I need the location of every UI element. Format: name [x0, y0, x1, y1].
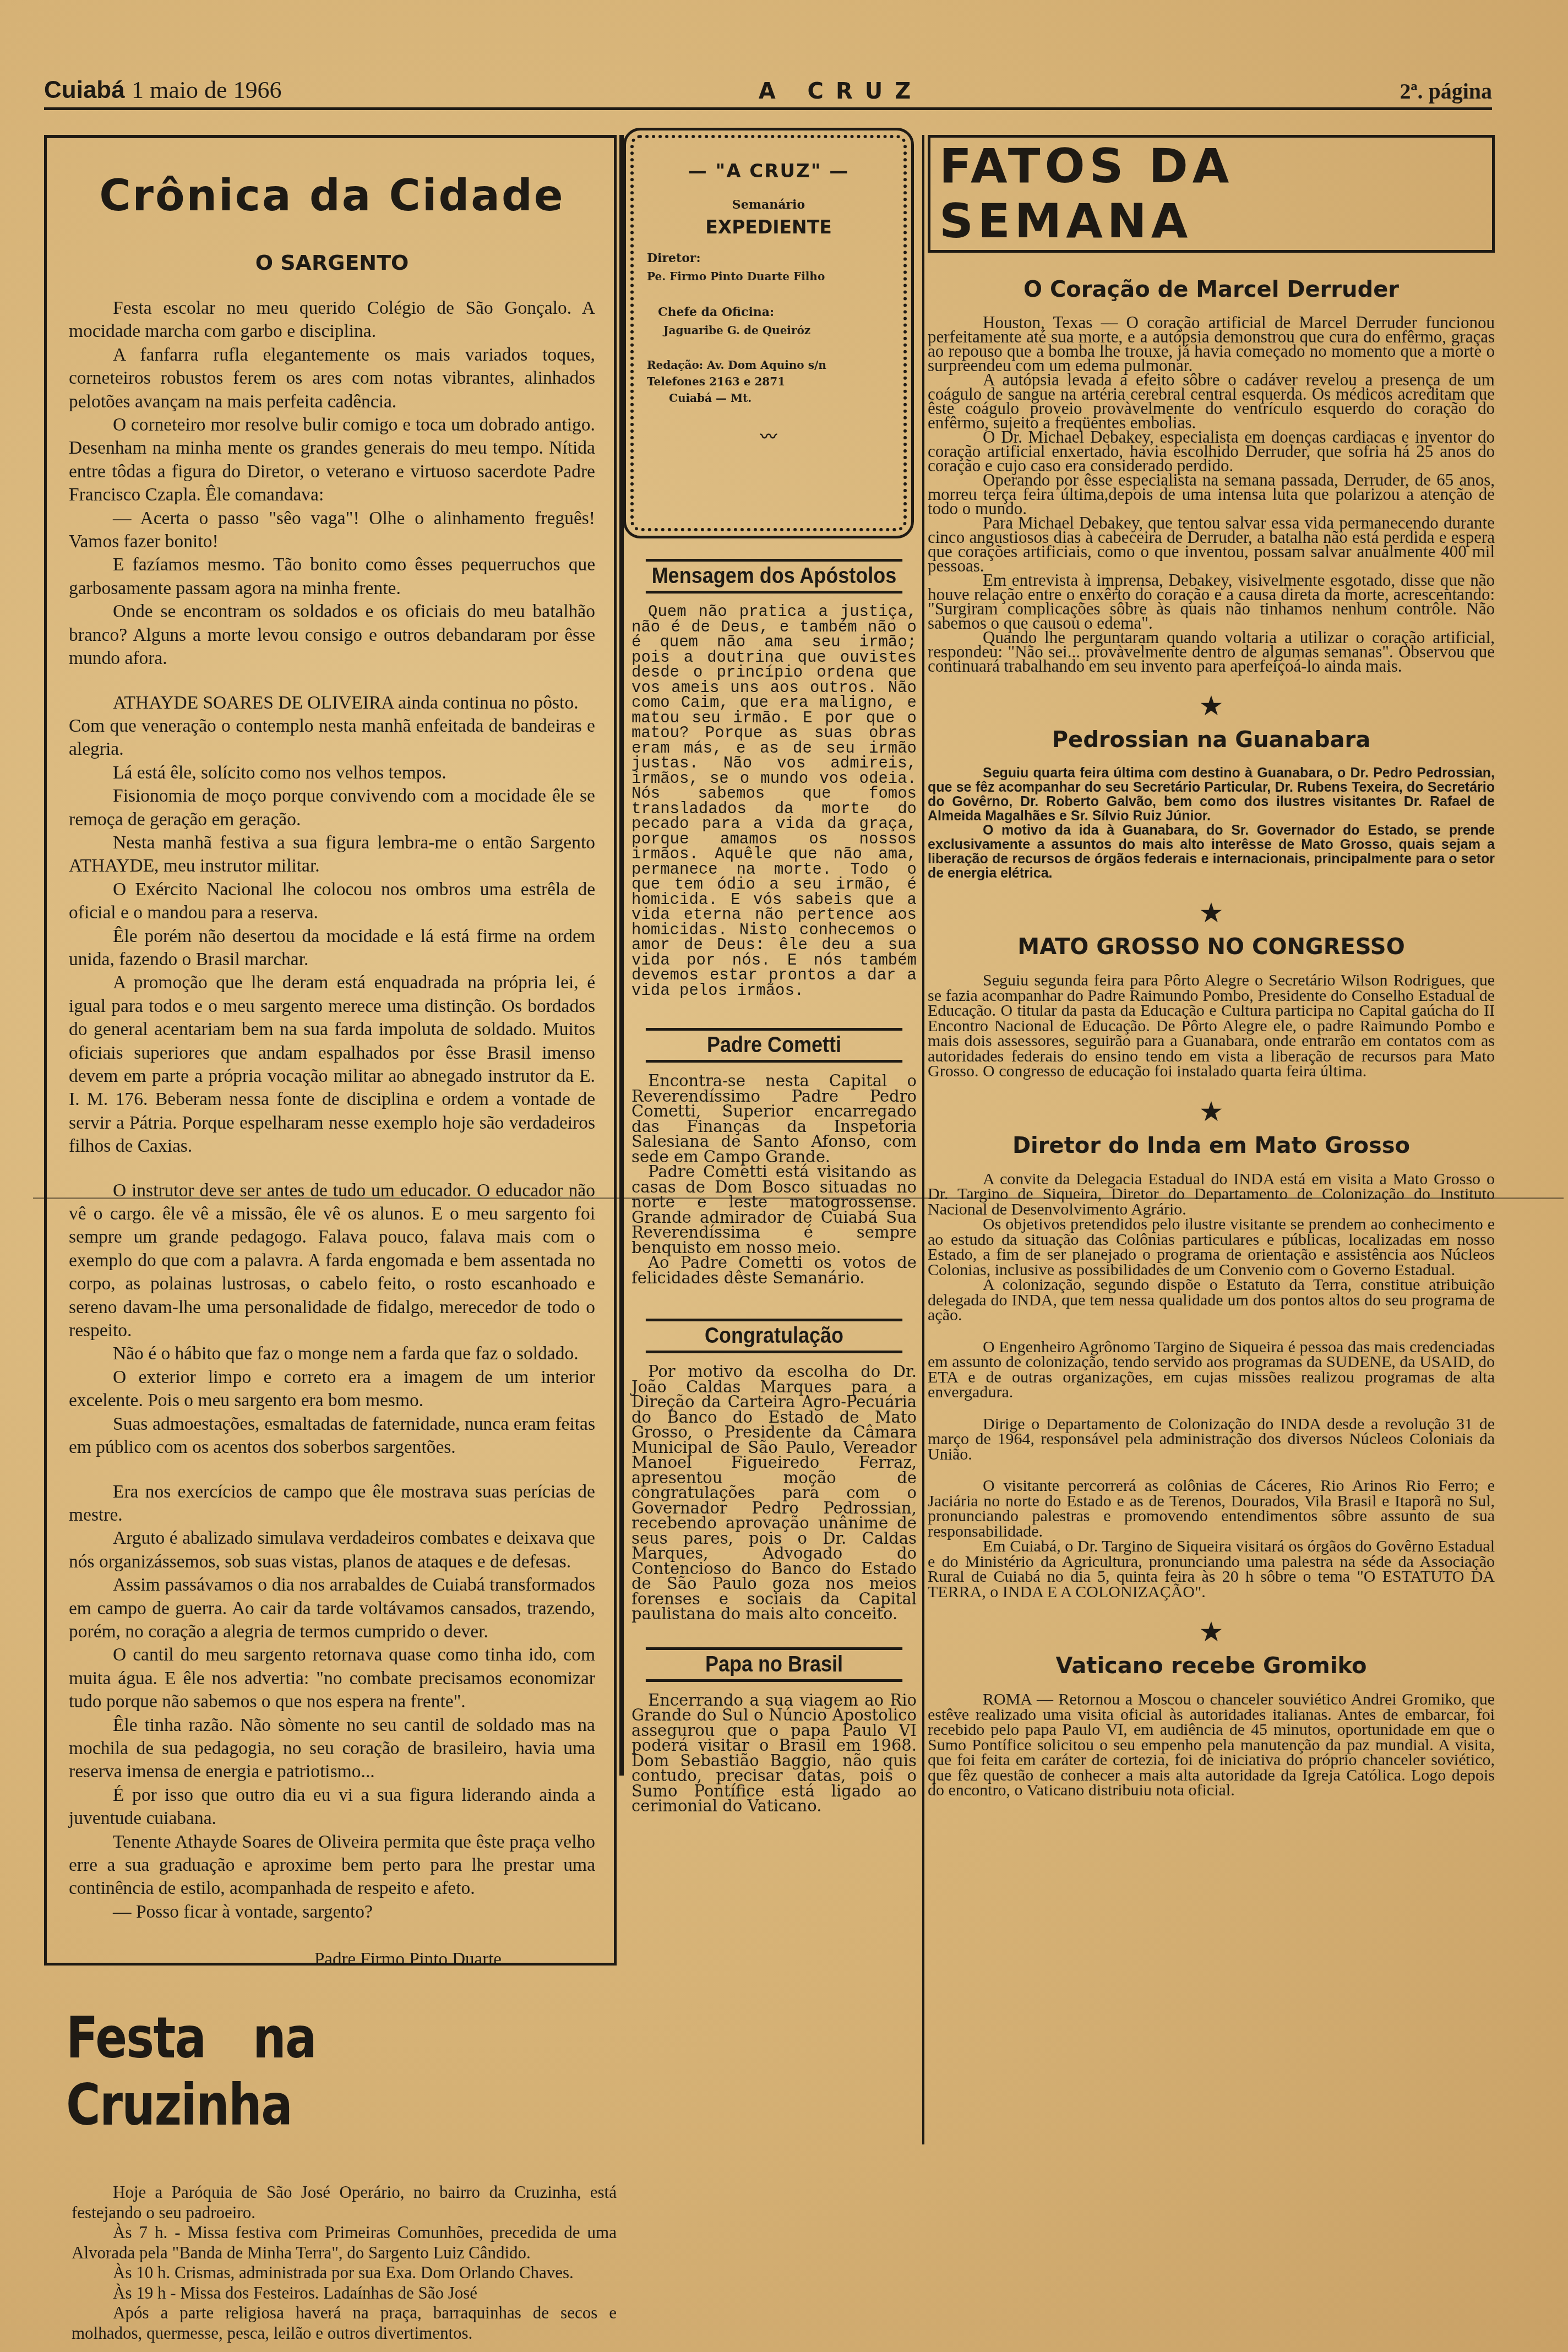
paragraph: A convite da Delegacia Estadual do INDA …	[928, 1172, 1495, 1217]
mensagem-body: Quem não pratica a justiça, não é de Deu…	[619, 605, 917, 998]
expediente-subtitle: Semanário	[647, 198, 890, 212]
paragraph: — Posso ficar à vontade, sargento?	[69, 1901, 595, 1924]
paragraph: Assim passávamos o dia nos arrabaldes de…	[69, 1574, 595, 1643]
article-headline: Congratulação	[646, 1319, 902, 1353]
article-headline: O SARGENTO	[69, 251, 595, 275]
author-signature: Padre Firmo Pinto Duarte	[69, 1948, 595, 1971]
paragraph: Não é o hábito que faz o monge nem a far…	[69, 1342, 595, 1365]
paragraph: Arguto é abalizado simulava verdadeiros …	[69, 1527, 595, 1574]
article-headline: Festa na Cruzinha	[66, 2004, 518, 2138]
dateline: Cuiabá 1 maio de 1966	[44, 76, 281, 104]
paragraph: O exterior limpo e correto era a imagem …	[69, 1366, 595, 1413]
festa-article: Festa na Cruzinha Hoje a Paróquia de São…	[44, 2004, 617, 2343]
paragraph: O cantil do meu sargento retornava quase…	[69, 1643, 595, 1713]
left-column: Crônica da Cidade O SARGENTO Festa escol…	[44, 135, 617, 2343]
paragraph: Êle tinha razão. Não sòmente no seu cant…	[69, 1714, 595, 1784]
article-body: Festa escolar no meu querido Colégio de …	[69, 297, 595, 1972]
news-article: Vaticano recebe Gromiko ROMA — Retornou …	[928, 1653, 1495, 1798]
paragraph: Encontra-se nesta Capital o Reverendíssi…	[631, 1074, 917, 1164]
paragraph: Às 19 h - Missa dos Festeiros. Ladaínhas…	[72, 2283, 617, 2304]
paragraph: O Dr. Michael Debakey, especialista em d…	[928, 430, 1495, 473]
paragraph: Hoje a Paróquia de São José Operário, no…	[72, 2182, 617, 2223]
paragraph: E fazíamos mesmo. Tão bonito como êsses …	[69, 553, 595, 600]
page-number: 2ª. página	[1400, 78, 1492, 104]
paper-fold	[33, 1197, 1564, 1199]
paragraph: Seguiu quarta feira última com destino à…	[928, 766, 1495, 823]
paragraph: — Acerta o passo "sêo vaga"! Olhe o alin…	[69, 507, 595, 554]
papa-body: Encerrando a sua viagem ao Rio Grande do…	[619, 1693, 917, 1814]
expediente-title: — "A CRUZ" —	[647, 160, 890, 182]
right-column: FATOS DA SEMANA O Coração de Marcel Derr…	[928, 135, 1495, 1798]
news-article: MATO GROSSO NO CONGRESSO Seguiu segunda …	[928, 934, 1495, 1079]
paragraph: Para Michael Debakey, que tentou salvar …	[928, 516, 1495, 573]
article-body: A convite da Delegacia Estadual do INDA …	[928, 1172, 1495, 1600]
paragraph: Nesta manhã festiva a sua figura lembra-…	[69, 831, 595, 878]
article-headline: Diretor do Inda em Mato Grosso	[928, 1133, 1495, 1158]
article-headline: Mensagem dos Apóstolos	[646, 559, 902, 594]
expediente-box: — "A CRUZ" — Semanário EXPEDIENTE Direto…	[630, 135, 907, 531]
article-body: Hoje a Paróquia de São José Operário, no…	[72, 2182, 617, 2343]
star-icon: ★	[928, 897, 1495, 929]
paragraph: ROMA — Retornou a Moscou o chanceler sou…	[928, 1692, 1495, 1798]
congratulacao-body: Por motivo da escolha do Dr. João Caldas…	[619, 1364, 917, 1622]
dateline-date: 1 maio de 1966	[132, 77, 282, 104]
paragraph: Por motivo da escolha do Dr. João Caldas…	[631, 1364, 917, 1622]
paragraph: Operando por êsse especialista na semana…	[928, 473, 1495, 516]
paragraph: O motivo da ida à Guanabara, do Sr. Gove…	[928, 823, 1495, 880]
paragraph: A fanfarra rufla elegantemente os mais v…	[69, 344, 595, 413]
star-icon: ★	[928, 1616, 1495, 1648]
paragraph: Às 10 h. Crismas, administrada por sua E…	[72, 2263, 617, 2283]
news-article: Diretor do Inda em Mato Grosso A convite…	[928, 1133, 1495, 1600]
middle-column: — "A CRUZ" — Semanário EXPEDIENTE Direto…	[619, 135, 917, 1814]
article-headline: MATO GROSSO NO CONGRESSO	[928, 934, 1495, 960]
section-banner: FATOS DA SEMANA	[928, 135, 1495, 253]
article-headline: O Coração de Marcel Derruder	[928, 277, 1495, 302]
paragraph: Às 7 h. - Missa festiva com Primeiras Co…	[72, 2223, 617, 2263]
paragraph: Encerrando a sua viagem ao Rio Grande do…	[631, 1693, 917, 1814]
paragraph: A colonização, segundo dispõe o Estatuto…	[928, 1277, 1495, 1323]
expediente-heading: EXPEDIENTE	[647, 216, 890, 238]
paragraph: ATHAYDE SOARES DE OLIVEIRA ainda continu…	[69, 692, 595, 715]
article-body: Seguiu segunda feira para Pôrto Alegre o…	[928, 973, 1495, 1079]
article-body: Houston, Texas — O coração artificial de…	[928, 315, 1495, 673]
workshop-name: Jaguaribe G. de Queiróz	[647, 324, 890, 337]
paragraph: O visitante percorrerá as colônias de Cá…	[928, 1478, 1495, 1539]
paragraph: A autópsia levada a efeito sôbre o cadáv…	[928, 373, 1495, 430]
news-article: O Coração de Marcel Derruder Houston, Te…	[928, 277, 1495, 673]
paragraph: Seguiu segunda feira para Pôrto Alegre o…	[928, 973, 1495, 1079]
cometti-body: Encontra-se nesta Capital o Reverendíssi…	[619, 1074, 917, 1286]
paragraph: Em Cuiabá, o Dr. Targino de Siqueira vis…	[928, 1539, 1495, 1599]
paragraph: Após a parte religiosa haverá na praça, …	[72, 2303, 617, 2343]
director-name: Pe. Firmo Pinto Duarte Filho	[647, 270, 890, 283]
paragraph: Onde se encontram os soldados e os ofici…	[69, 600, 595, 670]
article-headline: Papa no Brasil	[646, 1647, 902, 1682]
article-headline: Pedrossian na Guanabara	[928, 727, 1495, 753]
paragraph: O Engenheiro Agrônomo Targino de Siqueir…	[928, 1340, 1495, 1400]
paragraph: Suas admoestações, esmaltadas de faterni…	[69, 1413, 595, 1460]
paragraph: Quando lhe perguntaram quando voltaria a…	[928, 630, 1495, 673]
paragraph: Êle porém não desertou da mocidade e lá …	[69, 925, 595, 972]
paragraph: Em entrevista à imprensa, Debakey, visiv…	[928, 573, 1495, 630]
paragraph: O instrutor deve ser antes de tudo um ed…	[69, 1179, 595, 1343]
paragraph: O Exército Nacional lhe colocou nos ombr…	[69, 878, 595, 925]
paragraph: Ao Padre Cometti os votos de felicidades…	[631, 1255, 917, 1286]
phones: Telefones 2163 e 2871	[647, 373, 890, 390]
ornament-icon: 〰	[647, 423, 890, 447]
star-icon: ★	[928, 690, 1495, 722]
paragraph: Padre Cometti está visitando as casas de…	[631, 1164, 917, 1255]
paragraph: Fisionomia de moço porque convivendo com…	[69, 785, 595, 831]
cronica-article: Crônica da Cidade O SARGENTO Festa escol…	[44, 135, 617, 1966]
paragraph: É por isso que outro dia eu vi a sua fig…	[69, 1784, 595, 1831]
section-title: Crônica da Cidade	[69, 171, 595, 221]
address: Redação: Av. Dom Aquino s/n	[647, 357, 890, 373]
column-rule	[922, 135, 924, 2144]
paragraph: Dirige o Departamento de Colonização do …	[928, 1417, 1495, 1462]
article-body: ROMA — Retornou a Moscou o chanceler sou…	[928, 1692, 1495, 1798]
paragraph: Era nos exercícios de campo que êle most…	[69, 1480, 595, 1527]
paragraph: Com que veneração o contemplo nesta manh…	[69, 715, 595, 761]
article-headline: Vaticano recebe Gromiko	[928, 1653, 1495, 1679]
dateline-city: Cuiabá	[44, 77, 125, 104]
paragraph: A promoção que lhe deram está enquadrada…	[69, 971, 595, 1158]
paragraph: Lá está êle, solícito como nos velhos te…	[69, 761, 595, 785]
paragraph: Festa escolar no meu querido Colégio de …	[69, 297, 595, 344]
masthead: Cuiabá 1 maio de 1966 A CRUZ 2ª. página	[44, 72, 1492, 110]
workshop-label: Chefe da Oficina:	[647, 305, 890, 319]
paragraph: Quem não pratica a justiça, não é de Deu…	[631, 605, 917, 998]
star-icon: ★	[928, 1096, 1495, 1128]
paragraph: Houston, Texas — O coração artificial de…	[928, 315, 1495, 373]
newspaper-name: A CRUZ	[759, 79, 923, 104]
news-article: Pedrossian na Guanabara Seguiu quarta fe…	[928, 727, 1495, 880]
paragraph: Tenente Athayde Soares de Oliveira permi…	[69, 1831, 595, 1901]
director-label: Diretor:	[647, 251, 890, 265]
paragraph: O corneteiro mor resolve bulir comigo e …	[69, 413, 595, 507]
city: Cuiabá — Mt.	[647, 390, 890, 406]
article-body: Seguiu quarta feira última com destino à…	[928, 766, 1495, 880]
article-headline: Padre Cometti	[646, 1028, 902, 1063]
paragraph: Os objetivos pretendidos pelo ilustre vi…	[928, 1217, 1495, 1277]
